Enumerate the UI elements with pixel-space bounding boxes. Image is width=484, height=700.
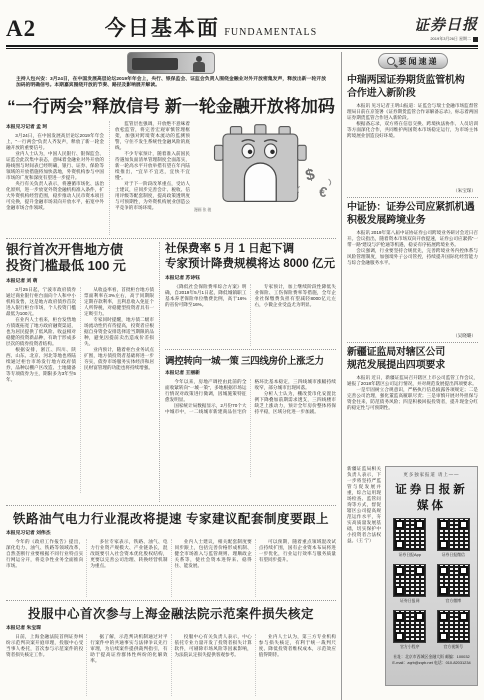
middle-column: 社保费率 5 月 1 日起下调 专家预计降费规模将达 8000 亿元 本报记者 … bbox=[160, 242, 336, 502]
headline-line1: 银行首次开售地方债 bbox=[6, 242, 154, 259]
cartoon-caption: 漫画 张 骏 bbox=[194, 207, 336, 213]
brief-title: 中证协：证券公司应紧抓机遇 积极发展跨境业务 bbox=[347, 201, 478, 227]
qr-code bbox=[393, 518, 426, 551]
page-edition: A2 bbox=[6, 16, 36, 42]
section-title-en: FUNDAMENTALS bbox=[224, 27, 317, 38]
section-title-cn: 今日基本面 bbox=[105, 16, 220, 40]
title-line1: 中瑞两国证券期货监管机构 bbox=[347, 74, 478, 87]
news-brief-column: 要闻速递 中瑞两国证券期货监管机构 合作进入新阶段 本报讯 见习记者王明山报道：… bbox=[342, 52, 478, 700]
byline: 本报见习记者 刘伟杰 bbox=[6, 529, 336, 536]
headline-line2: 投资门槛最低 100 元 bbox=[6, 258, 154, 275]
article-continuation-strip: 新疆证监局相关负责人表示，下一步将坚持严监管与促发展并重，综合运用现场检查、监管… bbox=[347, 466, 381, 686]
newspaper-page: A2 今日基本面 FUNDAMENTALS 证券日报 2019年3月26日 星期… bbox=[0, 0, 484, 700]
news-brief-badge: 要闻速递 bbox=[378, 53, 448, 69]
qr-caption: 官方微博 bbox=[437, 598, 470, 604]
story-mixed-ownership: 铁路油气电力行业混改将提速 专家建议配套制度要跟上 本报见习记者 刘伟杰 今年的… bbox=[6, 509, 336, 597]
qr-code bbox=[437, 518, 470, 551]
title-line1: 新疆证监局对辖区公司 bbox=[347, 346, 478, 359]
body-text: 3月25日起，宁波市政府债券通过商业银行柜台面向个人和中小机构发售，这是地方政府… bbox=[6, 287, 154, 493]
banner-band bbox=[132, 58, 178, 70]
divider bbox=[347, 197, 478, 198]
title-line2: 合作进入新阶段 bbox=[347, 87, 478, 100]
divider bbox=[6, 505, 336, 506]
feature-banner-graphic bbox=[127, 52, 215, 74]
dateline-text: 2019年3月26日 星期二 bbox=[430, 36, 471, 42]
body-text: 今年的《政府工作报告》提出，深化电力、油气、铁路等领域改革，自然垄断行业要根据不… bbox=[6, 539, 336, 597]
story-headline: 社保费率 5 月 1 日起下调 专家预计降费规模将达 8000 亿元 bbox=[165, 242, 336, 272]
masthead-logo: 证券日报 bbox=[386, 13, 478, 36]
story-finance-opening: 主持人包兴安：3月24日，在中国发展高层论坛2019年年会上，央行、银保监会、证… bbox=[6, 52, 336, 235]
title-line2: 积极发展跨境业务 bbox=[347, 214, 478, 227]
story-local-bonds: 银行首次开售地方债 投资门槛最低 100 元 本报记者 刘 萌 3月25日起，宁… bbox=[6, 242, 160, 502]
byline: 本报记者 朱宝琛 bbox=[6, 624, 336, 631]
qr-caption: 官方小程序 bbox=[393, 644, 426, 650]
qr-item: 证券日报微信 bbox=[437, 518, 470, 558]
qr-item: 证券日报App bbox=[393, 518, 426, 558]
story-property: 调控转向一城一策 三四线房价上涨乏力 本报记者 王丽新 今年以来，房地产调控由此… bbox=[165, 353, 336, 477]
byline: 本报记者 刘 萌 bbox=[6, 277, 154, 284]
main-headline: “一行两会”释放信号 新一轮金融开放将加码 bbox=[6, 92, 336, 117]
qr-item: 证券日报网 bbox=[393, 564, 426, 604]
title-line2: 规范发展提出四项要求 bbox=[347, 359, 478, 372]
new-media-panel: 更多独家报道 请上—— 证券日报新媒体 证券日报App 证券日报微信 bbox=[385, 466, 478, 686]
qr-code bbox=[437, 610, 470, 643]
qr-item: 官方视频号 bbox=[437, 610, 470, 650]
badge-label: 要闻速递 bbox=[399, 56, 439, 67]
gate-character-cartoon: $ € bbox=[194, 121, 336, 207]
byline: 本报记者 王丽新 bbox=[165, 369, 336, 376]
story-headline: 调控转向一城一策 三四线房价上涨乏力 bbox=[165, 353, 336, 367]
byline: 本报记者 苏诗钰 bbox=[165, 274, 336, 281]
section-title: 今日基本面 FUNDAMENTALS bbox=[36, 12, 386, 42]
media-footer: 社址：北京市西城区金融大街 邮编：100032 E-mail：zqrb@zqrb… bbox=[391, 654, 472, 665]
media-title: 证券日报新媒体 bbox=[391, 481, 472, 513]
story-headline: 投服中心首次参与上海金融法院示范案件损失核定 bbox=[6, 604, 336, 622]
banner-figure-body bbox=[193, 62, 205, 72]
body-text: 本报讯 2019年第八届中证协证券公司跨境业务研讨会近日召开。会议指出，随着资本… bbox=[347, 230, 478, 332]
main-story-col23: $ € 漫画 张 骏 监管层也强调，开放绝不意味着放松监管，将完善宏观审慎管理框… bbox=[115, 121, 336, 235]
article-and-media-row: 新疆证监局相关负责人表示，下一步将坚持严监管与促发展并重，综合运用现场检查、监管… bbox=[347, 466, 478, 686]
euro-symbol: € bbox=[318, 183, 329, 200]
qr-caption: 证券日报网 bbox=[393, 598, 426, 604]
divider bbox=[165, 349, 336, 350]
divider bbox=[6, 600, 336, 601]
brief-article-3: 新疆证监局对辖区公司 规范发展提出四项要求 本报讯 近日，新疆证监局召开辖区上市… bbox=[347, 346, 478, 686]
dollar-symbol: $ bbox=[304, 166, 317, 185]
edition-mark-icon bbox=[473, 37, 478, 42]
cartoon-illustration: $ € 漫画 张 骏 bbox=[194, 121, 336, 213]
qr-code bbox=[393, 564, 426, 597]
masthead: 证券日报 2019年3月26日 星期二 bbox=[386, 14, 478, 42]
media-footer-line2: E-mail：zqrb@zqrb.net 电话：010-82031234 bbox=[391, 660, 472, 666]
brief-article-2: 中证协：证券公司应紧抓机遇 积极发展跨境业务 本报讯 2019年第八届中证协证券… bbox=[347, 201, 478, 339]
header-rule bbox=[6, 45, 478, 49]
main-story-col1: 本报见习记者 孟 珂 3月24日，在中国发展高层论坛2019年年会上，“一行两会… bbox=[6, 121, 110, 235]
media-kicker: 更多独家报道 请上—— bbox=[391, 472, 472, 478]
body-text: 日前，上海金融法院首例证券纠纷示范判决案开庭审理，投服中心受当事人委托，首次参与… bbox=[6, 634, 336, 696]
brief-article-1: 中瑞两国证券期货监管机构 合作进入新阶段 本报讯 见习记者王明山报道：证监会与瑞… bbox=[347, 74, 478, 194]
divider bbox=[6, 238, 336, 239]
divider bbox=[347, 342, 478, 343]
masthead-dateline: 2019年3月26日 星期二 bbox=[386, 36, 478, 42]
body-text: 本报讯 近日，新疆证监局召开辖区上市公司监管工作会议，通报了2018年辖区公司运… bbox=[347, 375, 478, 463]
qr-caption: 证券日报App bbox=[393, 552, 426, 558]
qr-caption: 证券日报微信 bbox=[437, 552, 470, 558]
qr-item: 官方微博 bbox=[437, 564, 470, 604]
story-investor-service: 投服中心首次参与上海金融法院示范案件损失核定 本报记者 朱宝琛 日前，上海金融法… bbox=[6, 604, 336, 696]
story-social-security: 社保费率 5 月 1 日起下调 专家预计降费规模将达 8000 亿元 本报记者 … bbox=[165, 242, 336, 346]
qr-code bbox=[437, 564, 470, 597]
qr-grid: 证券日报App 证券日报微信 证券日报网 bbox=[391, 518, 472, 650]
qr-caption: 官方视频号 bbox=[437, 644, 470, 650]
body-text: 本报讯 见习记者王明山报道：证监会与瑞士金融市场监督管理局日前在京签署《证券期货… bbox=[347, 103, 478, 187]
reporter-sign: （吴晓璐） bbox=[347, 333, 476, 339]
brief-title: 新疆证监局对辖区公司 规范发展提出四项要求 bbox=[347, 346, 478, 372]
main-story-body: 本报见习记者 孟 珂 3月24日，在中国发展高层论坛2019年年会上，“一行两会… bbox=[6, 121, 336, 235]
story-headline: 铁路油气电力行业混改将提速 专家建议配套制度要跟上 bbox=[6, 509, 336, 527]
reporter-sign: （朱宝琛） bbox=[347, 188, 476, 194]
page-content: 主持人包兴安：3月24日，在中国发展高层论坛2019年年会上，央行、银保监会、证… bbox=[6, 52, 478, 700]
story-lead: 主持人包兴安：3月24日，在中国发展高层论坛2019年年会上，央行、银保监会、证… bbox=[16, 77, 326, 90]
body-text: 今年以来，房地产调控由此前的全面收紧转向“一城一策”，多地根据市场运行情况对政策… bbox=[165, 379, 336, 477]
magnifier-icon bbox=[387, 57, 395, 65]
body-text: 3月24日，在中国发展高层论坛2019年年会上，“一行两会”负责人齐发声，释放了… bbox=[6, 133, 104, 211]
brief-title: 中瑞两国证券期货监管机构 合作进入新阶段 bbox=[347, 74, 478, 100]
byline: 本报见习记者 孟 珂 bbox=[6, 123, 104, 130]
story-headline: 银行首次开售地方债 投资门槛最低 100 元 bbox=[6, 242, 154, 275]
middle-row: 银行首次开售地方债 投资门槛最低 100 元 本报记者 刘 萌 3月25日起，宁… bbox=[6, 242, 336, 502]
title-line1: 中证协：证券公司应紧抓机遇 bbox=[347, 201, 478, 214]
page-header: A2 今日基本面 FUNDAMENTALS 证券日报 2019年3月26日 星期… bbox=[6, 8, 478, 42]
headline-line2: 专家预计降费规模将达 8000 亿元 bbox=[165, 257, 336, 272]
qr-code bbox=[393, 610, 426, 643]
headline-line1: 社保费率 5 月 1 日起下调 bbox=[165, 242, 336, 257]
body-text: 《降低社会保险费率综合方案》明确，自2019年5月1日起，降低城镇职工基本养老保… bbox=[165, 284, 336, 346]
qr-item: 官方小程序 bbox=[393, 610, 426, 650]
main-area: 主持人包兴安：3月24日，在中国发展高层论坛2019年年会上，央行、银保监会、证… bbox=[6, 52, 342, 700]
media-footer-line1: 社址：北京市西城区金融大街 邮编：100032 bbox=[391, 654, 472, 660]
